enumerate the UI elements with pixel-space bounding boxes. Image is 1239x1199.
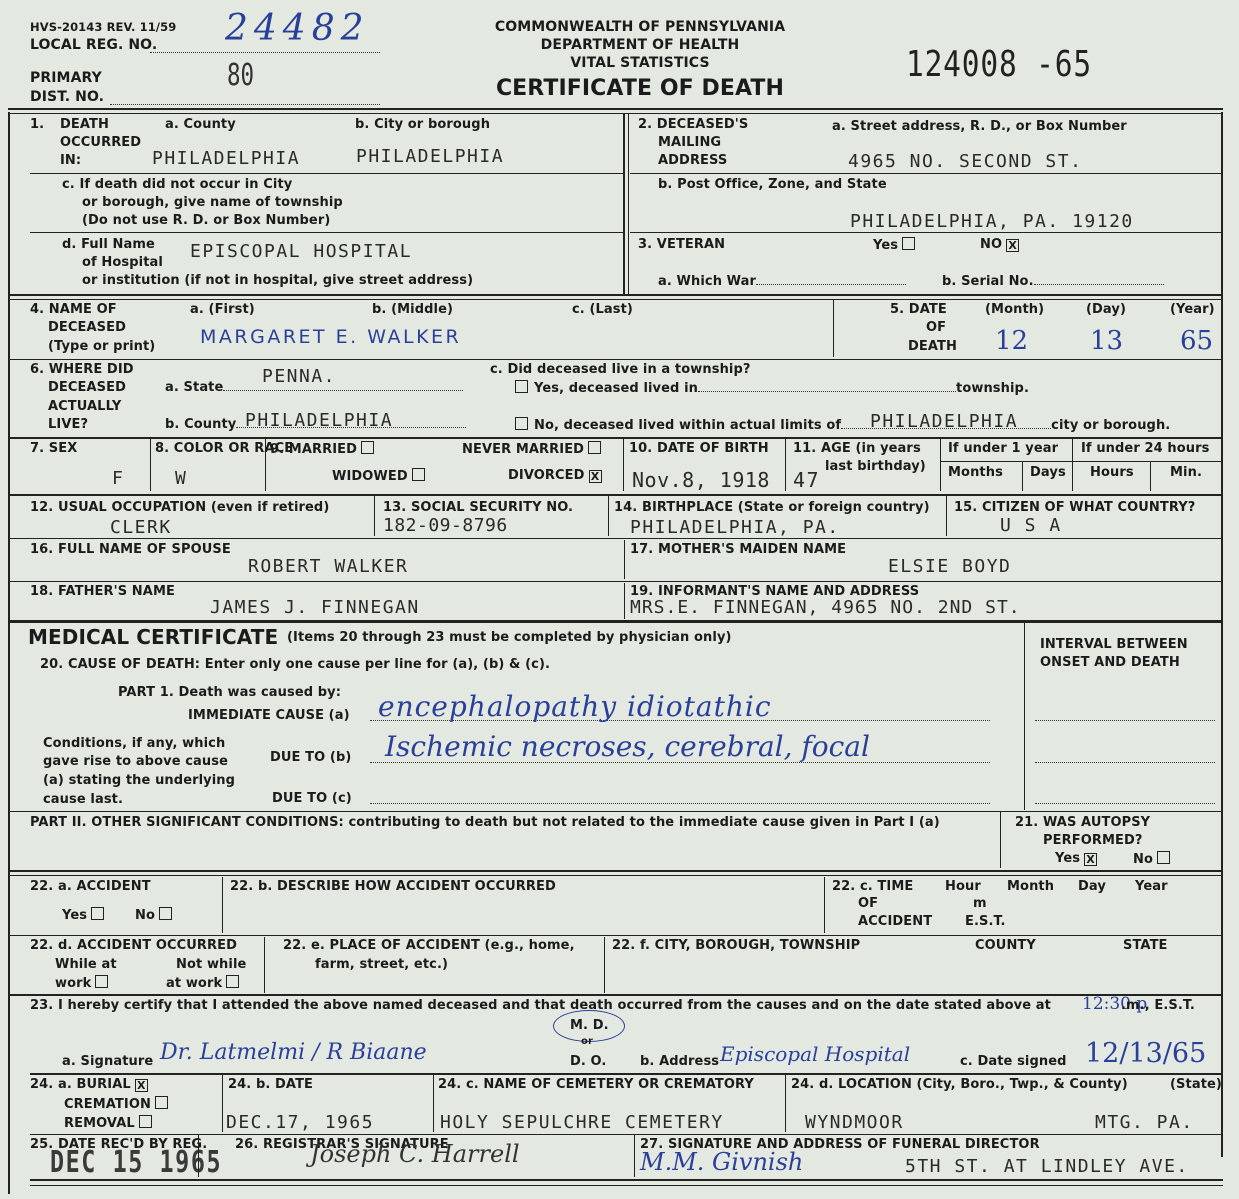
left-border bbox=[8, 112, 10, 1194]
accident-no-option[interactable]: No bbox=[135, 907, 172, 923]
which-war-field: a. Which War bbox=[658, 274, 906, 289]
while-at-work-checkbox[interactable] bbox=[95, 975, 108, 988]
sex-label: 7. SEX bbox=[30, 441, 77, 456]
divider bbox=[946, 496, 947, 536]
header-rule bbox=[8, 108, 1223, 110]
death-day-value: 13 bbox=[1090, 326, 1123, 356]
middle-name-label: b. (Middle) bbox=[372, 302, 453, 317]
rule bbox=[30, 1073, 1223, 1075]
divider bbox=[222, 877, 223, 933]
hospital-label-2: of Hospital bbox=[82, 255, 163, 270]
sex-value: F bbox=[112, 468, 124, 489]
father-value: JAMES J. FINNEGAN bbox=[210, 597, 420, 618]
never-married-label: NEVER MARRIED bbox=[462, 442, 584, 457]
local-reg-number: 24482 bbox=[225, 8, 370, 49]
cemetery-location-value: WYNDMOOR bbox=[805, 1112, 904, 1133]
divider bbox=[624, 583, 625, 619]
dist-label: DIST. NO. bbox=[30, 89, 104, 105]
or-label: or bbox=[581, 1036, 593, 1047]
removal-checkbox[interactable] bbox=[139, 1115, 152, 1128]
while-at-work-label-1: While at bbox=[55, 957, 117, 972]
divider bbox=[150, 439, 151, 491]
primary-label: PRIMARY bbox=[30, 70, 102, 86]
rule bbox=[8, 870, 1223, 872]
first-name-label: a. (First) bbox=[190, 302, 255, 317]
cemetery-state-label: (State) bbox=[1170, 1077, 1222, 1092]
divorced-label: DIVORCED bbox=[508, 468, 585, 483]
divider bbox=[785, 1075, 786, 1132]
place-of-accident-label-2: farm, street, etc.) bbox=[315, 957, 448, 972]
township-no-option[interactable]: No, deceased lived within actual limits … bbox=[515, 417, 1170, 433]
item1-label-2: OCCURRED bbox=[60, 135, 141, 150]
county-label: a. County bbox=[165, 117, 236, 132]
death-county-value: PHILADELPHIA bbox=[152, 148, 300, 169]
local-reg-label: LOCAL REG. NO. bbox=[30, 37, 157, 53]
birthplace-value: PHILADELPHIA, PA. bbox=[630, 517, 840, 538]
autopsy-no-option[interactable]: No bbox=[1133, 851, 1170, 867]
accident-no-label: No bbox=[135, 908, 155, 923]
accident-state-label: STATE bbox=[1123, 938, 1168, 953]
divider bbox=[824, 877, 825, 933]
married-option[interactable]: 9. MARRIED bbox=[270, 441, 374, 457]
part1-label: PART 1. Death was caused by: bbox=[118, 685, 341, 700]
city-suffix: city or borough. bbox=[1051, 418, 1170, 433]
rule bbox=[30, 1134, 1223, 1135]
serial-dotline bbox=[1034, 284, 1164, 285]
which-war-dotline bbox=[756, 284, 906, 285]
never-married-option[interactable]: NEVER MARRIED bbox=[462, 441, 601, 457]
item1-label-3: IN: bbox=[60, 153, 81, 168]
divider bbox=[608, 496, 609, 536]
medical-certificate-subtitle: (Items 20 through 23 must be completed b… bbox=[287, 630, 732, 645]
married-checkbox[interactable] bbox=[361, 441, 374, 454]
cremation-label: CREMATION bbox=[64, 1097, 151, 1112]
funeral-director-signature: M.M. Givnish bbox=[640, 1148, 803, 1176]
divider bbox=[222, 1075, 223, 1132]
township-yes-text: Yes, deceased lived in bbox=[534, 381, 698, 396]
spouse-label: 16. FULL NAME OF SPOUSE bbox=[30, 542, 231, 557]
rule bbox=[630, 232, 1221, 233]
never-married-checkbox[interactable] bbox=[588, 441, 601, 454]
rule bbox=[8, 538, 1223, 539]
autopsy-yes-option[interactable]: YesX bbox=[1055, 851, 1097, 866]
city-limits-value: PHILADELPHIA bbox=[870, 411, 1018, 432]
cemetery-state-value: MTG. PA. bbox=[1095, 1112, 1194, 1133]
item5-label-1: 5. DATE bbox=[890, 302, 947, 317]
post-office-label: b. Post Office, Zone, and State bbox=[658, 177, 887, 192]
interval-c-line bbox=[1035, 803, 1215, 804]
divider bbox=[623, 439, 624, 491]
part2-label: PART II. OTHER SIGNIFICANT CONDITIONS: c… bbox=[30, 815, 940, 830]
rule bbox=[940, 461, 1221, 462]
immediate-cause-value: encephalopathy idiotathic bbox=[378, 690, 772, 723]
accident-county-label: COUNTY bbox=[975, 938, 1036, 953]
widowed-label: WIDOWED bbox=[332, 469, 408, 484]
accident-no-checkbox[interactable] bbox=[159, 907, 172, 920]
autopsy-no-label: No bbox=[1133, 852, 1153, 867]
col-divider-top-2 bbox=[628, 114, 629, 294]
item2-label-1: 2. DECEASED'S bbox=[638, 117, 748, 132]
rule bbox=[30, 1185, 1223, 1186]
city-label: b. City or borough bbox=[355, 117, 490, 132]
township-no-text: No, deceased lived within actual limits … bbox=[534, 418, 841, 433]
months-label: Months bbox=[948, 465, 1003, 480]
accident-yes-option[interactable]: Yes bbox=[62, 907, 104, 923]
funeral-director-address: 5TH ST. AT LINDLEY AVE. bbox=[905, 1156, 1189, 1177]
township-question: c. Did deceased live in a township? bbox=[490, 362, 751, 377]
item6-label-4: LIVE? bbox=[48, 417, 88, 432]
describe-accident-label: 22. b. DESCRIBE HOW ACCIDENT OCCURRED bbox=[230, 879, 556, 894]
m-label: m bbox=[973, 896, 987, 911]
dob-value: Nov.8, 1918 bbox=[632, 468, 770, 492]
item5-label-2: OF bbox=[926, 320, 946, 335]
rule bbox=[8, 581, 1223, 582]
township-label-1: c. If death did not occur in City bbox=[62, 177, 292, 192]
veteran-no[interactable]: NOX bbox=[980, 237, 1019, 252]
post-office-value: PHILADELPHIA, PA. 19120 bbox=[850, 211, 1134, 232]
days-label: Days bbox=[1030, 465, 1066, 480]
married-label: 9. MARRIED bbox=[270, 442, 357, 457]
street-label: a. Street address, R. D., or Box Number bbox=[832, 119, 1127, 134]
hospital-label-1: d. Full Name bbox=[62, 237, 155, 252]
time-of-accident-label-2: OF bbox=[858, 896, 878, 911]
street-address-value: 4965 NO. SECOND ST. bbox=[848, 151, 1082, 172]
residence-county-value: PHILADELPHIA bbox=[245, 410, 393, 431]
spouse-value: ROBERT WALKER bbox=[248, 556, 408, 577]
header-rule-2 bbox=[8, 113, 1223, 114]
due-to-c-label: DUE TO (c) bbox=[272, 791, 352, 806]
interval-label-1: INTERVAL BETWEEN bbox=[1040, 637, 1188, 652]
divider bbox=[1072, 439, 1073, 491]
deceased-name-value: MARGARET E. WALKER bbox=[200, 326, 461, 348]
rule bbox=[8, 935, 1223, 936]
rule bbox=[30, 232, 623, 233]
death-city-value: PHILADELPHIA bbox=[356, 146, 504, 167]
conditions-text-1: Conditions, if any, which bbox=[43, 736, 225, 751]
local-reg-dotline bbox=[150, 52, 380, 53]
veteran-label: 3. VETERAN bbox=[638, 237, 725, 252]
veteran-no-checkbox[interactable]: X bbox=[1006, 239, 1019, 252]
autopsy-yes-label: Yes bbox=[1055, 851, 1080, 866]
date-signed-label: c. Date signed bbox=[960, 1054, 1067, 1069]
burial-date-label: 24. b. DATE bbox=[228, 1077, 313, 1092]
date-signed-value: 12/13/65 bbox=[1085, 1038, 1206, 1069]
divider bbox=[1000, 812, 1001, 868]
township-dotline bbox=[698, 391, 956, 392]
time-of-accident-label-1: 22. c. TIME bbox=[832, 879, 913, 894]
divider bbox=[1022, 462, 1023, 491]
min-label: Min. bbox=[1170, 465, 1202, 480]
divider bbox=[1150, 462, 1151, 491]
item2-label-2: MAILING bbox=[658, 135, 721, 150]
state-label: a. State bbox=[165, 380, 223, 395]
township-no-checkbox[interactable] bbox=[515, 417, 528, 430]
accident-yes-checkbox[interactable] bbox=[91, 907, 104, 920]
due-to-b-value: Ischemic necroses, cerebral, focal bbox=[385, 730, 870, 763]
physician-signature: Dr. Latmelmi / R Biaane bbox=[160, 1040, 427, 1065]
autopsy-no-checkbox[interactable] bbox=[1157, 851, 1170, 864]
which-war-label: a. Which War bbox=[658, 274, 756, 289]
interval-a-line bbox=[1035, 720, 1215, 721]
accident-label: 22. a. ACCIDENT bbox=[30, 879, 151, 894]
death-month-value: 12 bbox=[995, 326, 1028, 356]
agency-line-2: DEPARTMENT OF HEALTH bbox=[450, 37, 830, 53]
veteran-yes[interactable]: Yes bbox=[873, 237, 915, 253]
rule bbox=[8, 620, 1223, 623]
place-of-accident-label-1: 22. e. PLACE OF ACCIDENT (e.g., home, bbox=[283, 938, 575, 953]
autopsy-yes-checkbox[interactable]: X bbox=[1084, 853, 1097, 866]
township-yes-checkbox[interactable] bbox=[515, 380, 528, 393]
signature-label: a. Signature bbox=[62, 1054, 153, 1069]
occupation-value: CLERK bbox=[110, 517, 172, 538]
year-label: (Year) bbox=[1170, 302, 1215, 317]
rule bbox=[8, 994, 1223, 996]
not-while-at-work-label-2: at work bbox=[166, 976, 222, 991]
widowed-checkbox[interactable] bbox=[412, 468, 425, 481]
item4-label-1: 4. NAME OF bbox=[30, 302, 117, 317]
autopsy-label-2: PERFORMED? bbox=[1043, 833, 1143, 848]
rule bbox=[8, 359, 1223, 360]
ssn-label: 13. SOCIAL SECURITY NO. bbox=[383, 500, 573, 515]
veteran-yes-label: Yes bbox=[873, 238, 898, 253]
day-label: (Day) bbox=[1086, 302, 1126, 317]
date-received-stamp: DEC 15 1965 bbox=[50, 1145, 222, 1180]
conditions-text-4: cause last. bbox=[43, 792, 123, 807]
immediate-cause-label: IMMEDIATE CAUSE (a) bbox=[188, 708, 350, 723]
removal-label: REMOVAL bbox=[64, 1116, 135, 1131]
registrar-signature: Joseph C. Harrell bbox=[310, 1140, 520, 1168]
document-title: CERTIFICATE OF DEATH bbox=[450, 76, 830, 101]
divider bbox=[940, 439, 941, 491]
widowed-option[interactable]: WIDOWED bbox=[332, 468, 425, 484]
accident-occurred-label: 22. d. ACCIDENT OCCURRED bbox=[30, 938, 237, 953]
medical-certificate-title: MEDICAL CERTIFICATE bbox=[28, 625, 278, 649]
due-to-c-line bbox=[370, 803, 990, 804]
accident-day-label: Day bbox=[1078, 879, 1106, 894]
hours-label: Hours bbox=[1090, 465, 1134, 480]
rule bbox=[8, 875, 1223, 876]
item5-label-3: DEATH bbox=[908, 339, 957, 354]
est-label: E.S.T. bbox=[965, 914, 1006, 929]
rule bbox=[8, 811, 1223, 812]
dist-dotline bbox=[110, 104, 380, 105]
do-label: D. O. bbox=[570, 1054, 606, 1069]
informant-value: MRS.E. FINNEGAN, 4965 NO. 2ND ST. bbox=[630, 597, 1021, 618]
serial-label: b. Serial No. bbox=[942, 274, 1034, 289]
residence-state-value: PENNA. bbox=[262, 366, 336, 387]
not-while-at-work-label-1: Not while bbox=[176, 957, 246, 972]
agency-line-1: COMMONWEALTH OF PENNSYLVANIA bbox=[450, 19, 830, 35]
rule bbox=[630, 173, 1221, 174]
autopsy-label-1: 21. WAS AUTOPSY bbox=[1015, 815, 1150, 830]
divider bbox=[198, 1135, 199, 1177]
cremation-option[interactable]: CREMATION bbox=[64, 1096, 168, 1112]
township-label-3: (Do not use R. D. or Box Number) bbox=[82, 213, 330, 228]
while-at-work-option[interactable]: work bbox=[55, 975, 108, 991]
age-value: 47 bbox=[793, 468, 820, 492]
divider bbox=[264, 937, 265, 993]
accident-yes-label: Yes bbox=[62, 908, 87, 923]
divider bbox=[433, 1075, 434, 1132]
right-border bbox=[1221, 112, 1223, 1157]
burial-checkbox[interactable]: X bbox=[135, 1079, 148, 1092]
divider bbox=[833, 300, 834, 357]
dob-label: 10. DATE OF BIRTH bbox=[629, 441, 769, 456]
divorced-option[interactable]: DIVORCEDX bbox=[508, 468, 602, 483]
certify-statement: 23. I hereby certify that I attended the… bbox=[30, 998, 1051, 1013]
item1-number: 1. bbox=[30, 117, 44, 132]
residence-county-label: b. County bbox=[165, 417, 236, 432]
conditions-text-2: gave rise to above cause bbox=[43, 754, 228, 769]
serial-field: b. Serial No. bbox=[942, 274, 1164, 289]
item6-label-3: ACTUALLY bbox=[48, 399, 121, 414]
interval-b-line bbox=[1035, 762, 1215, 763]
item6-label-1: 6. WHERE DID bbox=[30, 362, 134, 377]
col-divider-top bbox=[623, 114, 625, 294]
rule bbox=[30, 173, 623, 174]
certificate-number: 124008 -65 bbox=[906, 44, 1092, 85]
rule bbox=[8, 437, 1223, 439]
citizenship-value: U S A bbox=[1000, 515, 1062, 536]
birthplace-label: 14. BIRTHPLACE (State or foreign country… bbox=[614, 500, 930, 515]
rule bbox=[8, 299, 1223, 300]
under-hours-label: If under 24 hours bbox=[1081, 441, 1210, 456]
interval-label-2: ONSET AND DEATH bbox=[1040, 655, 1180, 670]
month-label: (Month) bbox=[985, 302, 1044, 317]
township-yes-option[interactable]: Yes, deceased lived intownship. bbox=[515, 380, 1029, 396]
citizenship-label: 15. CITIZEN OF WHAT COUNTRY? bbox=[954, 500, 1195, 515]
dist-number: 80 bbox=[227, 58, 254, 93]
rule bbox=[8, 294, 1223, 296]
age-label-2: last birthday) bbox=[825, 459, 926, 474]
rule bbox=[8, 494, 1223, 496]
hour-label: Hour bbox=[945, 879, 981, 894]
while-at-work-label-2: work bbox=[55, 976, 91, 991]
age-label-1: 11. AGE (in years bbox=[793, 441, 921, 456]
time-of-accident-label-3: ACCIDENT bbox=[858, 914, 932, 929]
race-value: W bbox=[175, 468, 187, 489]
divorced-checkbox[interactable]: X bbox=[589, 470, 602, 483]
veteran-yes-checkbox[interactable] bbox=[902, 237, 915, 250]
burial-label: 24. a. BURIAL bbox=[30, 1077, 131, 1092]
cemetery-label: 24. c. NAME OF CEMETERY OR CREMATORY bbox=[438, 1077, 754, 1092]
burial-option[interactable]: 24. a. BURIALX bbox=[30, 1077, 148, 1092]
physician-address-value: Episcopal Hospital bbox=[720, 1042, 910, 1066]
burial-date-value: DEC.17, 1965 bbox=[226, 1112, 374, 1133]
state-dotline bbox=[223, 390, 463, 391]
last-name-label: c. (Last) bbox=[572, 302, 633, 317]
cause-of-death-header: 20. CAUSE OF DEATH: Enter only one cause… bbox=[40, 657, 550, 672]
accident-month-label: Month bbox=[1007, 879, 1054, 894]
form-code: HVS-20143 REV. 11/59 bbox=[30, 20, 176, 34]
cemetery-location-label: 24. d. LOCATION (City, Boro., Twp., & Co… bbox=[791, 1077, 1128, 1092]
item4-label-3: (Type or print) bbox=[48, 339, 155, 354]
hospital-value: EPISCOPAL HOSPITAL bbox=[190, 241, 412, 262]
divider bbox=[634, 1135, 635, 1177]
due-to-b-label: DUE TO (b) bbox=[270, 750, 351, 765]
divider bbox=[1024, 623, 1025, 810]
mother-maiden-value: ELSIE BOYD bbox=[888, 556, 1011, 577]
conditions-text-3: (a) stating the underlying bbox=[43, 773, 235, 788]
physician-address-label: b. Address bbox=[640, 1054, 719, 1069]
divider bbox=[785, 439, 786, 491]
divider bbox=[624, 540, 625, 579]
item4-label-2: DECEASED bbox=[48, 320, 126, 335]
township-label-2: or borough, give name of township bbox=[82, 195, 343, 210]
divider bbox=[265, 439, 266, 491]
under-year-label: If under 1 year bbox=[948, 441, 1058, 456]
ssn-value: 182-09-8796 bbox=[383, 515, 508, 536]
divider bbox=[374, 496, 375, 536]
cremation-checkbox[interactable] bbox=[155, 1096, 168, 1109]
item2-label-3: ADDRESS bbox=[658, 153, 727, 168]
item6-label-2: DECEASED bbox=[48, 380, 126, 395]
not-while-at-work-option[interactable]: at work bbox=[166, 975, 239, 991]
mother-maiden-label: 17. MOTHER'S MAIDEN NAME bbox=[630, 542, 846, 557]
hospital-label-3: or institution (if not in hospital, give… bbox=[82, 273, 473, 288]
removal-option[interactable]: REMOVAL bbox=[64, 1115, 152, 1131]
time-suffix: .m., E.S.T. bbox=[1121, 998, 1195, 1013]
md-label: M. D. bbox=[570, 1018, 609, 1033]
item1-label-1: DEATH bbox=[60, 117, 109, 132]
accident-year-label: Year bbox=[1135, 879, 1168, 894]
occupation-label: 12. USUAL OCCUPATION (even if retired) bbox=[30, 500, 329, 515]
agency-line-3: VITAL STATISTICS bbox=[450, 55, 830, 71]
divider bbox=[604, 937, 605, 993]
veteran-no-label: NO bbox=[980, 237, 1002, 252]
father-label: 18. FATHER'S NAME bbox=[30, 584, 175, 599]
death-year-value: 65 bbox=[1180, 326, 1213, 356]
cemetery-value: HOLY SEPULCHRE CEMETERY bbox=[440, 1112, 724, 1133]
township-suffix: township. bbox=[956, 381, 1029, 396]
not-while-at-work-checkbox[interactable] bbox=[226, 975, 239, 988]
accident-city-label: 22. f. CITY, BOROUGH, TOWNSHIP bbox=[612, 938, 860, 953]
rule bbox=[30, 1179, 1223, 1181]
